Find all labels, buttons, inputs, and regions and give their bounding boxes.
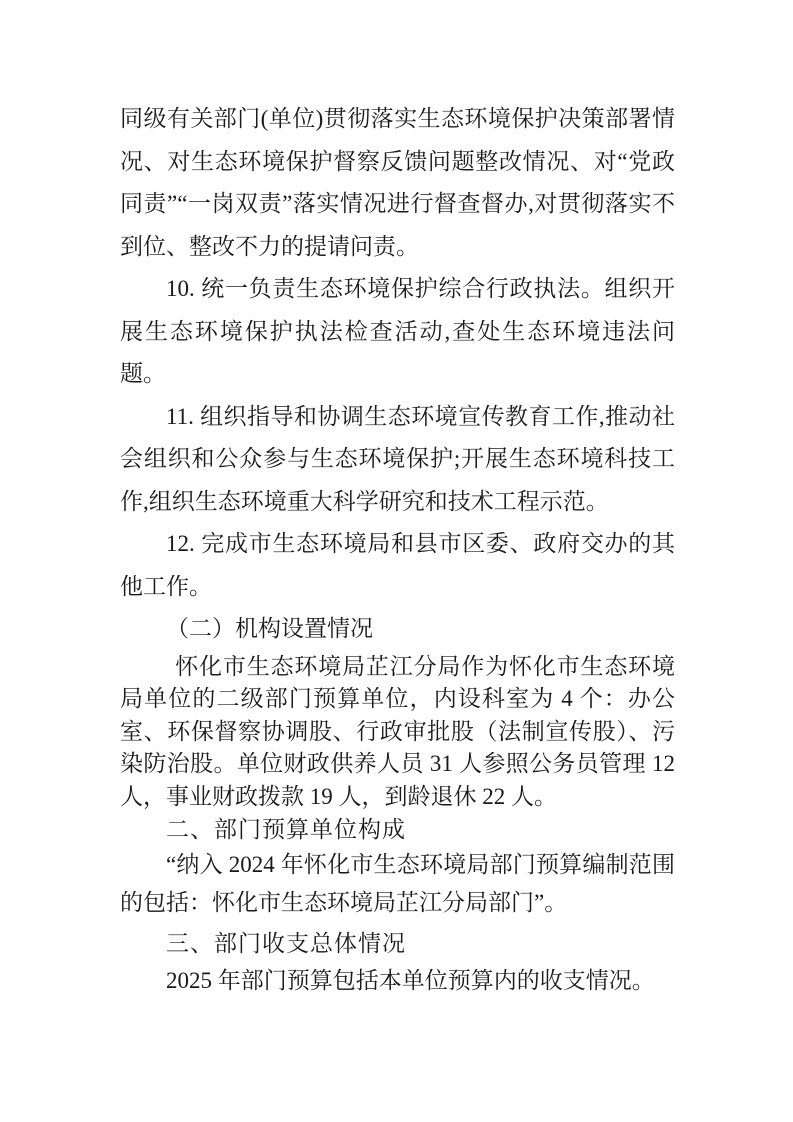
paragraph-budget-scope: “纳入 2024 年怀化市生态环境局部门预算编制范围的包括：怀化市生态环境局芷江…	[120, 846, 675, 922]
document-page: 同级有关部门(单位)贯彻落实生态环境保护决策部署情况、对生态环境保护督察反馈问题…	[0, 0, 793, 1122]
numbered-item-11: 11. 组织指导和协调生态环境宣传教育工作,推动社会组织和公众参与生态环境保护;…	[120, 396, 675, 524]
numbered-item-12: 12. 完成市生态环境局和县市区委、政府交办的其他工作。	[120, 523, 675, 608]
subheading-organization-setup: （二）机构设置情况	[120, 608, 675, 651]
paragraph-2025-budget: 2025 年部门预算包括本单位预算内的收支情况。	[120, 962, 675, 1000]
heading-budget-unit-composition: 二、部门预算单位构成	[120, 813, 675, 846]
paragraph-organization-details: 怀化市生态环境局芷江分局作为怀化市生态环境局单位的二级部门预算单位，内设科室为 …	[120, 651, 675, 814]
page-content: 同级有关部门(单位)贯彻落实生态环境保护决策部署情况、对生态环境保护督察反馈问题…	[120, 98, 675, 1000]
heading-revenue-expenditure-overview: 三、部门收支总体情况	[120, 924, 675, 962]
paragraph-continuation: 同级有关部门(单位)贯彻落实生态环境保护决策部署情况、对生态环境保护督察反馈问题…	[120, 98, 675, 268]
numbered-item-10: 10. 统一负责生态环境保护综合行政执法。组织开展生态环境保护执法检查活动,查处…	[120, 268, 675, 396]
